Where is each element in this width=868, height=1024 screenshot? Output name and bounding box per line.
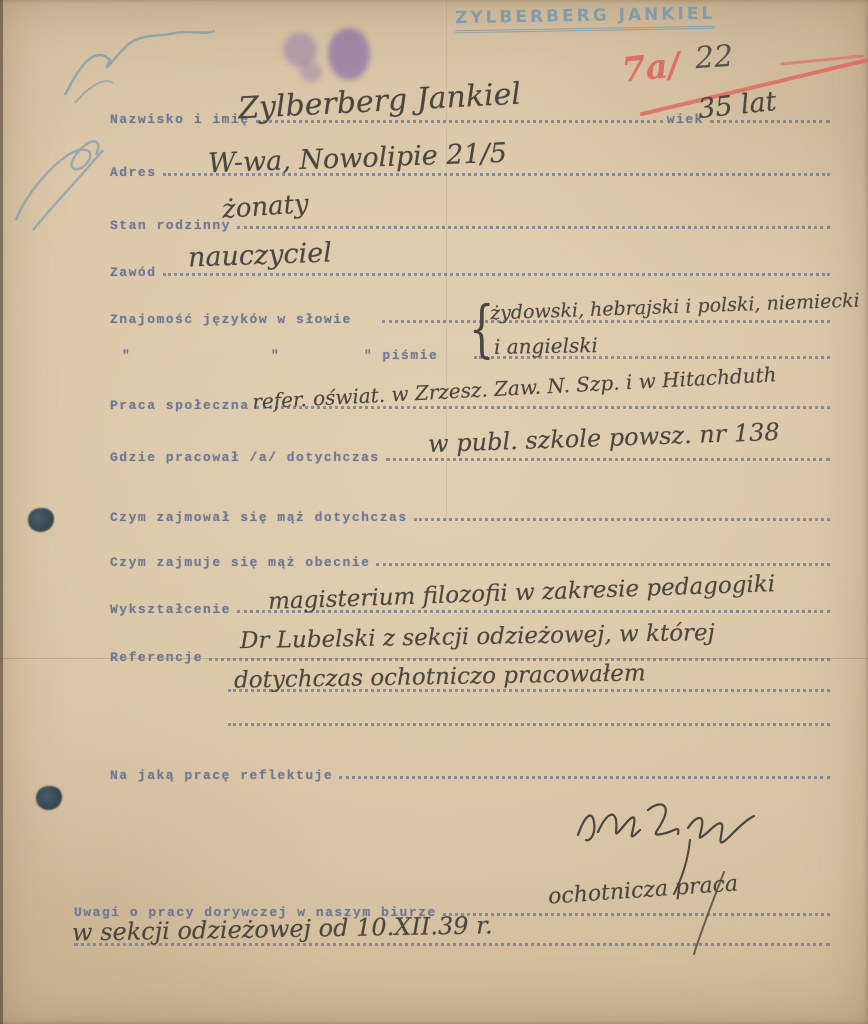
form-row-blank-dots — [228, 722, 834, 729]
dotted-line — [443, 912, 830, 916]
dotted-line — [209, 657, 830, 661]
hw-marital: żonaty — [221, 189, 310, 225]
dotted-line — [339, 775, 830, 779]
field-label: Czym zajmował się mąż dotychczas — [110, 510, 408, 525]
left-edge-shadow — [0, 0, 3, 1024]
field-label: Na jaką pracę reflektuje — [110, 768, 333, 783]
form-row-desired-work: Na jaką pracę reflektuje — [110, 768, 834, 783]
form-row-husband-past: Czym zajmował się mąż dotychczas — [110, 510, 834, 525]
field-label: Gdzie pracował /a/ dotychczas — [110, 450, 380, 465]
ink-dot-lower — [36, 786, 62, 810]
blue-pencil-scribble-1 — [55, 25, 225, 115]
dotted-line — [376, 562, 830, 566]
handwritten-signature — [570, 790, 790, 900]
field-label: Adres — [110, 165, 157, 180]
scanned-form-page: ZYLBERBERG JANKIEL 7a/ 22 Nazwisko i imi… — [0, 0, 868, 1024]
hw-references-1: Dr Lubelski z sekcji odzieżowej, w które… — [240, 620, 715, 654]
field-label: Nazwisko i imię — [110, 112, 250, 127]
field-label: Znajomość języków w słowie — [110, 312, 352, 327]
purple-ink-speck — [300, 62, 322, 82]
field-label: Czym zajmuje się mąż obecnie — [110, 555, 370, 570]
form-row-marital: Stan rodzinny — [110, 218, 834, 233]
hw-languages-written: i angielski — [494, 333, 598, 359]
field-label: " " " piśmie — [122, 348, 438, 363]
field-label: Wykształcenie — [110, 602, 231, 617]
dotted-line — [237, 225, 830, 229]
field-label: Stan rodzinny — [110, 218, 231, 233]
field-label: Zawód — [110, 265, 157, 280]
dotted-line — [163, 272, 830, 276]
dotted-line — [414, 517, 830, 521]
hw-profession: nauczyciel — [188, 237, 333, 273]
dotted-line — [386, 457, 830, 461]
pencil-flourish — [690, 868, 730, 958]
field-label: Praca społeczna — [110, 398, 250, 413]
dotted-line — [228, 722, 830, 726]
field-label: Referencje — [110, 650, 203, 665]
form-row-husband-now: Czym zajmuje się mąż obecnie — [110, 555, 834, 570]
purple-ink-blot-large — [328, 28, 370, 80]
blue-pencil-name: ZYLBERBERG JANKIEL — [455, 4, 716, 34]
ink-dot-upper — [28, 508, 54, 532]
